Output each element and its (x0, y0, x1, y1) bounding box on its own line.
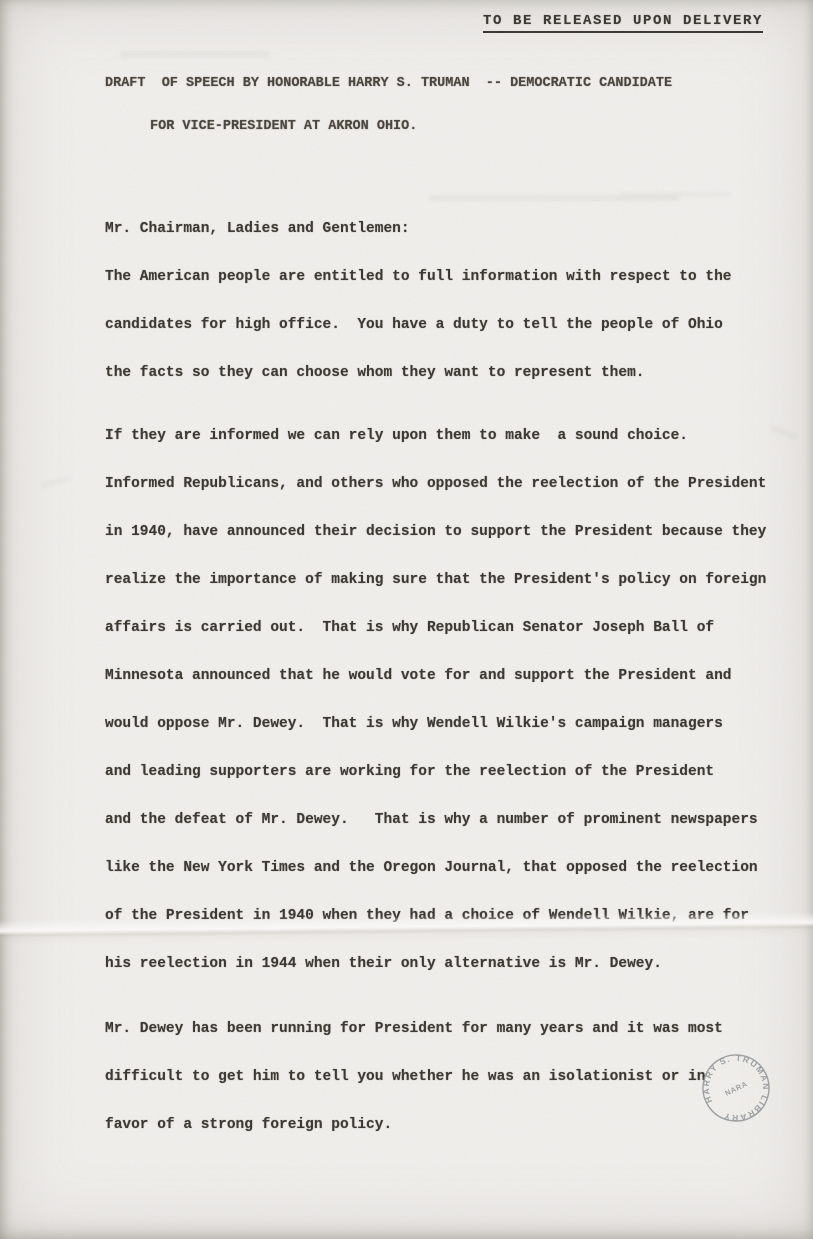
document-line: candidates for high office. You have a d… (105, 315, 732, 363)
document-line: Informed Republicans, and others who opp… (105, 474, 766, 522)
document-line: If they are informed we can rely upon th… (105, 426, 766, 474)
scanned-document-page: TO BE RELEASED UPON DELIVERY DRAFT OF SP… (0, 0, 813, 1239)
document-line: difficult to get him to tell you whether… (105, 1067, 723, 1115)
document-line: favor of a strong foreign policy. (105, 1115, 723, 1163)
document-line: The American people are entitled to full… (105, 267, 732, 315)
document-line: of the President in 1940 when they had a… (105, 906, 766, 954)
paragraph: The American people are entitled to full… (105, 267, 732, 411)
document-line: his reelection in 1944 when their only a… (105, 954, 766, 1002)
document-line: the facts so they can choose whom they w… (105, 363, 732, 411)
document-line: would oppose Mr. Dewey. That is why Wend… (105, 714, 766, 762)
document-line: Minnesota announced that he would vote f… (105, 666, 766, 714)
document-line: and the defeat of Mr. Dewey. That is why… (105, 810, 766, 858)
document-line: realize the importance of making sure th… (105, 570, 766, 618)
paragraph: Mr. Dewey has been running for President… (105, 1019, 723, 1163)
document-line: Mr. Dewey has been running for President… (105, 1019, 723, 1067)
document-line: and leading supporters are working for t… (105, 762, 766, 810)
document-line: like the New York Times and the Oregon J… (105, 858, 766, 906)
document-body: The American people are entitled to full… (0, 0, 813, 1239)
document-line: affairs is carried out. That is why Repu… (105, 618, 766, 666)
document-line: in 1940, have announced their decision t… (105, 522, 766, 570)
stamp-center-text: NARA (723, 1079, 749, 1098)
paragraph: If they are informed we can rely upon th… (105, 426, 766, 1002)
